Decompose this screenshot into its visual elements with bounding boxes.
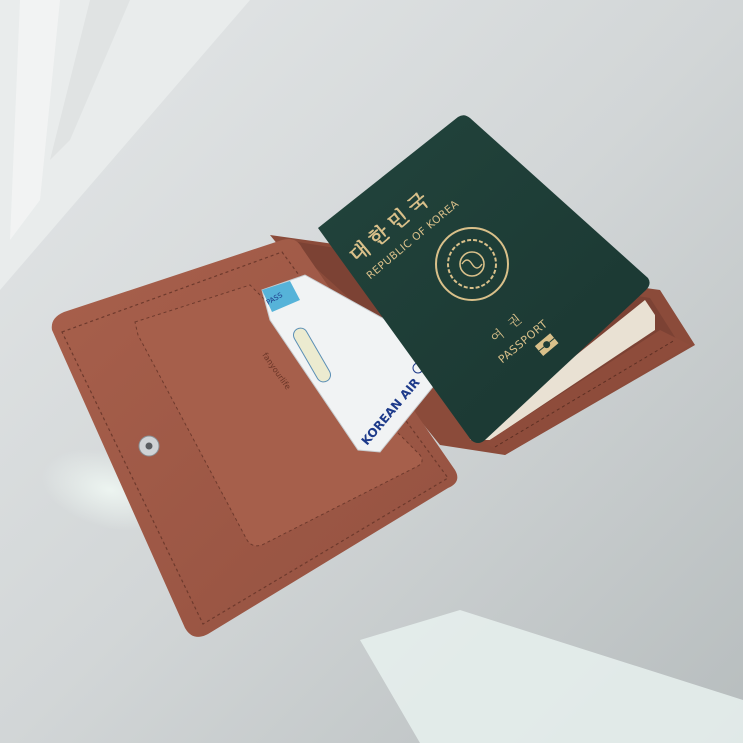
scene-illustration: PASS KOREAN AIR 대한민국 REPUBLIC OF KOREA 여… <box>0 0 743 743</box>
snap-button-icon <box>139 436 159 456</box>
photo-scene: PASS KOREAN AIR 대한민국 REPUBLIC OF KOREA 여… <box>0 0 743 743</box>
